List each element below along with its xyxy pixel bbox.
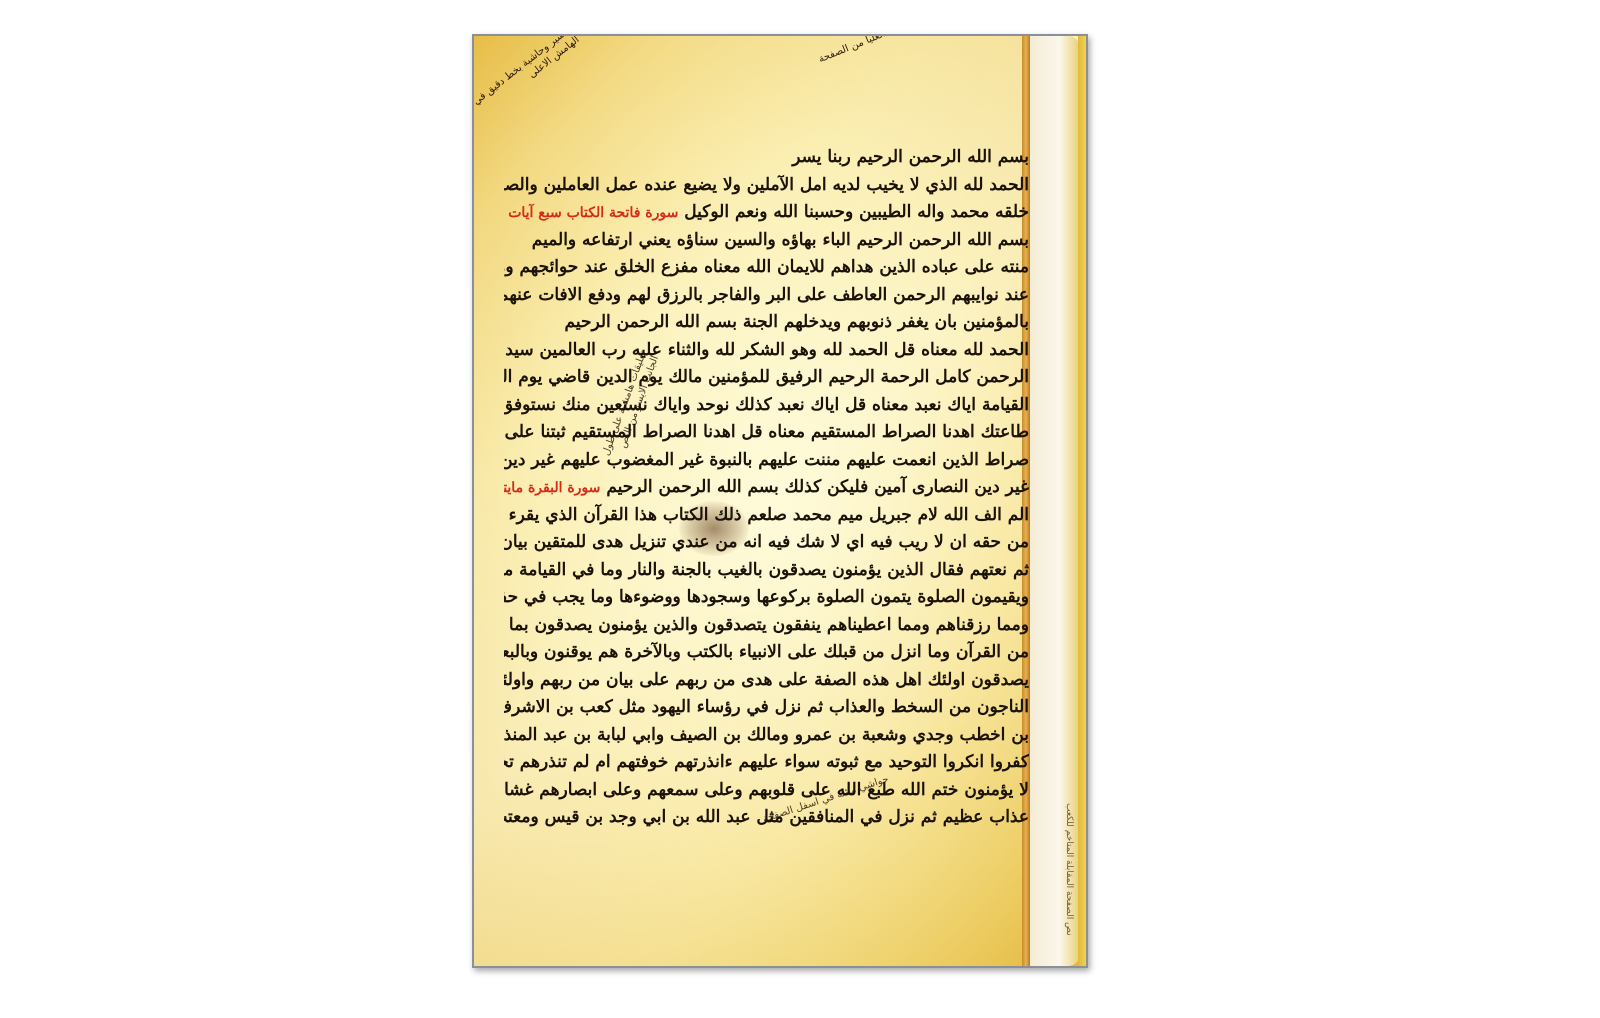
- text-line: كفروا انكروا التوحيد مع ثبوته سواء عليهم…: [504, 749, 1029, 777]
- text-line: الرحمن كامل الرحمة الرحيم الرفيق للمؤمني…: [504, 364, 1029, 392]
- text-line: الحمد لله الذي لا يخيب لديه امل الآملين …: [504, 172, 1029, 200]
- text-line: بسم الله الرحمن الرحيم ربنا يسر: [504, 144, 1029, 172]
- text-line: طاعتك اهدنا الصراط المستقيم معناه قل اهد…: [504, 419, 1029, 447]
- text-segment: غير دين النصارى آمين فليكن كذلك بسم الله…: [606, 477, 1029, 497]
- text-line: لا يؤمنون ختم الله طبع الله على قلوبهم و…: [504, 777, 1029, 805]
- text-line: بن اخطب وجدي وشعبة بن عمرو ومالك بن الصي…: [504, 722, 1029, 750]
- text-line: بسم الله الرحمن الرحيم الباء بهاؤه والسي…: [504, 227, 1029, 255]
- text-line: صراط الذين انعمت عليهم مننت عليهم بالنبو…: [504, 447, 1029, 475]
- text-line: عذاب عظيم ثم نزل في المنافقين مثل عبد ال…: [504, 804, 1029, 832]
- rubric-surah-fatiha: سورة فاتحة الكتاب سبع آيات مدنية: [504, 205, 678, 221]
- text-line: ومما رزقناهم ومما اعطيناهم ينفقون يتصدقو…: [504, 612, 1029, 640]
- text-line: الم الف الله لام جبريل ميم محمد صلعم ذلك…: [504, 502, 1029, 530]
- text-segment: خلقه محمد واله الطيبين وحسبنا الله ونعم …: [684, 202, 1029, 222]
- text-line: من حقه ان لا ريب فيه اي لا شك فيه انه من…: [504, 529, 1029, 557]
- text-line: منته على عباده الذين هداهم للايمان الله …: [504, 254, 1029, 282]
- text-line: عند نوايبهم الرحمن العاطف على البر والفا…: [504, 282, 1029, 310]
- text-line: القيامة اياك نعبد معناه قل اياك نعبد كذل…: [504, 392, 1029, 420]
- text-line: بالمؤمنين بان يغفر ذنوبهم ويدخلهم الجنة …: [504, 309, 1029, 337]
- rubric-surah-baqara: سورة البقرة مايتان وثمانون سبع: [504, 480, 600, 496]
- text-line: ثم نعتهم فقال الذين يؤمنون يصدقون بالغيب…: [504, 557, 1029, 585]
- text-line: يصدقون اولئك اهل هذه الصفة على هدى من رب…: [504, 667, 1029, 695]
- text-line: خلقه محمد واله الطيبين وحسبنا الله ونعم …: [504, 199, 1029, 227]
- text-line: ويقيمون الصلوة يتمون الصلوة بركوعها وسجو…: [504, 584, 1029, 612]
- facing-page-text: نص الصفحة المقابلة المتاخم للكعب: [1034, 56, 1074, 936]
- manuscript-body-text: بسم الله الرحمن الرحيم ربنا يسر الحمد لل…: [504, 144, 1029, 832]
- manuscript-image: تفسير وحاشية بخط دقيق في الهامش الاعلى ح…: [472, 34, 1088, 968]
- text-line: غير دين النصارى آمين فليكن كذلك بسم الله…: [504, 474, 1029, 502]
- text-line: من القرآن وما انزل من قبلك على الانبياء …: [504, 639, 1029, 667]
- text-line: الحمد لله معناه قل الحمد لله وهو الشكر ل…: [504, 337, 1029, 365]
- book-edge: [1078, 36, 1086, 966]
- text-line: الناجون من السخط والعذاب ثم نزل في رؤساء…: [504, 694, 1029, 722]
